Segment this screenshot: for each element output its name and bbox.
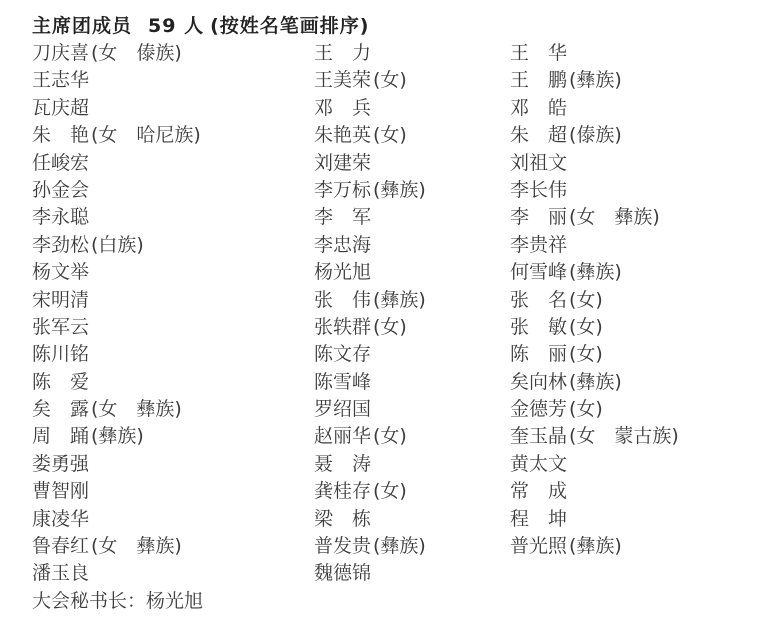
member-name: 黄太文 <box>510 451 567 478</box>
member-entry: 王志华 <box>32 67 314 94</box>
member-entry: 鲁春红(女 彝族) <box>32 533 314 560</box>
member-name: 矣 露 <box>32 396 89 423</box>
member-entry: 魏德锦 <box>314 560 510 587</box>
member-entry: 矣向林(彝族) <box>510 369 750 396</box>
member-entry: 常 成 <box>510 478 750 505</box>
member-name: 鲁春红 <box>32 533 89 560</box>
member-entry: 刘祖文 <box>510 150 750 177</box>
member-name: 罗绍国 <box>314 396 371 423</box>
member-name: 朱 艳 <box>32 122 89 149</box>
member-name: 陈川铭 <box>32 341 89 368</box>
member-annotation: (女) <box>373 122 407 149</box>
member-name: 程 坤 <box>510 506 567 533</box>
member-entry: 康凌华 <box>32 506 314 533</box>
member-name: 宋明清 <box>32 287 89 314</box>
member-annotation: (女) <box>569 341 603 368</box>
member-annotation: (彝族) <box>373 287 426 314</box>
member-entry: 朱 超(傣族) <box>510 122 750 149</box>
member-name: 李劲松 <box>32 232 89 259</box>
member-entry: 奎玉晶(女 蒙古族) <box>510 423 750 450</box>
member-entry: 刘建荣 <box>314 150 510 177</box>
member-name: 王 鹏 <box>510 67 567 94</box>
member-name: 张 名 <box>510 287 567 314</box>
member-entry: 陈雪峰 <box>314 369 510 396</box>
member-entry: 陈文存 <box>314 341 510 368</box>
member-entry: 王 鹏(彝族) <box>510 67 750 94</box>
member-name: 刘祖文 <box>510 150 567 177</box>
member-entry <box>510 560 750 587</box>
member-entry: 矣 露(女 彝族) <box>32 396 314 423</box>
member-entry: 李 丽(女 彝族) <box>510 204 750 231</box>
secretary-general-label: 大会秘书长： <box>32 590 146 612</box>
member-entry: 杨文举 <box>32 259 314 286</box>
member-entry: 朱 艳(女 哈尼族) <box>32 122 314 149</box>
member-entry: 李贵祥 <box>510 232 750 259</box>
member-annotation: (女) <box>373 423 407 450</box>
member-annotation: (女 蒙古族) <box>569 423 679 450</box>
member-name: 李 军 <box>314 204 371 231</box>
member-entry: 李长伟 <box>510 177 750 204</box>
member-name: 张 敏 <box>510 314 567 341</box>
sort-note: (按姓名笔画排序) <box>210 15 369 37</box>
member-annotation: (女 傣族) <box>91 40 182 67</box>
member-name: 娄勇强 <box>32 451 89 478</box>
member-annotation: (女) <box>373 314 407 341</box>
member-entry: 梁 栋 <box>314 506 510 533</box>
member-name: 陈 爱 <box>32 369 89 396</box>
member-name: 王美荣 <box>314 67 371 94</box>
member-name: 陈 丽 <box>510 341 567 368</box>
heading-title: 主席团成员 <box>32 15 132 37</box>
member-annotation: (彝族) <box>569 259 622 286</box>
member-name: 张 伟 <box>314 287 371 314</box>
member-entry: 李忠海 <box>314 232 510 259</box>
member-name: 奎玉晶 <box>510 423 567 450</box>
member-name: 朱 超 <box>510 122 567 149</box>
member-name: 何雪峰 <box>510 259 567 286</box>
member-name: 张轶群 <box>314 314 371 341</box>
member-name: 聂 涛 <box>314 451 371 478</box>
member-name: 龚桂存 <box>314 478 371 505</box>
member-name: 杨文举 <box>32 259 89 286</box>
member-entry: 李万标(彝族) <box>314 177 510 204</box>
member-name: 王志华 <box>32 67 89 94</box>
member-name: 王 华 <box>510 40 567 67</box>
secretary-general-name: 杨光旭 <box>146 590 203 612</box>
member-entry: 陈 丽(女) <box>510 341 750 368</box>
member-name: 任峻宏 <box>32 150 89 177</box>
member-annotation: (女 哈尼族) <box>91 122 201 149</box>
member-entry: 瓦庆超 <box>32 95 314 122</box>
member-entry: 普发贵(彝族) <box>314 533 510 560</box>
member-entry: 龚桂存(女) <box>314 478 510 505</box>
member-annotation: (女) <box>373 478 407 505</box>
member-name: 李长伟 <box>510 177 567 204</box>
member-name: 张军云 <box>32 314 89 341</box>
member-name: 孙金会 <box>32 177 89 204</box>
member-entry: 李 军 <box>314 204 510 231</box>
member-entry: 潘玉良 <box>32 560 314 587</box>
member-grid: 刀庆喜(女 傣族)王 力王 华王志华王美荣(女)王 鹏(彝族)瓦庆超邓 兵邓 皓… <box>32 40 752 588</box>
member-entry: 陈川铭 <box>32 341 314 368</box>
member-annotation: (女 彝族) <box>91 533 182 560</box>
member-name: 普光照 <box>510 533 567 560</box>
member-annotation: (彝族) <box>373 533 426 560</box>
member-entry: 曹智刚 <box>32 478 314 505</box>
section-heading: 主席团成员59 人(按姓名笔画排序) <box>32 13 752 40</box>
member-name: 魏德锦 <box>314 560 371 587</box>
member-entry: 刀庆喜(女 傣族) <box>32 40 314 67</box>
secretary-general-line: 大会秘书长：杨光旭 <box>32 588 752 615</box>
member-annotation: (彝族) <box>569 369 622 396</box>
member-entry: 杨光旭 <box>314 259 510 286</box>
member-annotation: (傣族) <box>569 122 622 149</box>
member-entry: 何雪峰(彝族) <box>510 259 750 286</box>
member-annotation: (白族) <box>91 232 144 259</box>
member-name: 杨光旭 <box>314 259 371 286</box>
member-annotation: (彝族) <box>569 67 622 94</box>
member-annotation: (女 彝族) <box>569 204 660 231</box>
member-entry: 普光照(彝族) <box>510 533 750 560</box>
member-entry: 孙金会 <box>32 177 314 204</box>
member-name: 邓 兵 <box>314 95 371 122</box>
member-entry: 邓 兵 <box>314 95 510 122</box>
member-entry: 赵丽华(女) <box>314 423 510 450</box>
member-name: 李 丽 <box>510 204 567 231</box>
member-name: 瓦庆超 <box>32 95 89 122</box>
member-name: 梁 栋 <box>314 506 371 533</box>
member-count: 59 人 <box>148 15 204 37</box>
member-annotation: (女) <box>569 396 603 423</box>
member-entry: 罗绍国 <box>314 396 510 423</box>
member-annotation: (彝族) <box>91 423 144 450</box>
member-entry: 张 伟(彝族) <box>314 287 510 314</box>
member-entry: 邓 皓 <box>510 95 750 122</box>
member-name: 朱艳英 <box>314 122 371 149</box>
member-entry: 张轶群(女) <box>314 314 510 341</box>
member-name: 曹智刚 <box>32 478 89 505</box>
member-entry: 李劲松(白族) <box>32 232 314 259</box>
member-name: 李忠海 <box>314 232 371 259</box>
member-name: 金德芳 <box>510 396 567 423</box>
member-name: 邓 皓 <box>510 95 567 122</box>
member-name: 陈文存 <box>314 341 371 368</box>
member-entry: 王 华 <box>510 40 750 67</box>
member-entry: 朱艳英(女) <box>314 122 510 149</box>
member-annotation: (彝族) <box>569 533 622 560</box>
member-name: 潘玉良 <box>32 560 89 587</box>
member-entry: 张军云 <box>32 314 314 341</box>
member-name: 陈雪峰 <box>314 369 371 396</box>
member-list-document: 主席团成员59 人(按姓名笔画排序) 刀庆喜(女 傣族)王 力王 华王志华王美荣… <box>32 13 752 615</box>
member-annotation: (女) <box>569 314 603 341</box>
member-entry: 娄勇强 <box>32 451 314 478</box>
member-name: 刘建荣 <box>314 150 371 177</box>
member-annotation: (女) <box>373 67 407 94</box>
member-entry: 任峻宏 <box>32 150 314 177</box>
member-entry: 周 踊(彝族) <box>32 423 314 450</box>
member-name: 赵丽华 <box>314 423 371 450</box>
member-name: 李贵祥 <box>510 232 567 259</box>
member-entry: 金德芳(女) <box>510 396 750 423</box>
member-name: 李永聪 <box>32 204 89 231</box>
member-annotation: (女 彝族) <box>91 396 182 423</box>
member-name: 李万标 <box>314 177 371 204</box>
member-name: 刀庆喜 <box>32 40 89 67</box>
member-entry: 宋明清 <box>32 287 314 314</box>
member-entry: 王 力 <box>314 40 510 67</box>
member-entry: 程 坤 <box>510 506 750 533</box>
member-name: 常 成 <box>510 478 567 505</box>
member-entry: 张 名(女) <box>510 287 750 314</box>
member-entry: 李永聪 <box>32 204 314 231</box>
member-name: 矣向林 <box>510 369 567 396</box>
member-entry: 张 敏(女) <box>510 314 750 341</box>
member-annotation: (彝族) <box>373 177 426 204</box>
member-name: 康凌华 <box>32 506 89 533</box>
member-name: 普发贵 <box>314 533 371 560</box>
member-name: 王 力 <box>314 40 371 67</box>
member-name: 周 踊 <box>32 423 89 450</box>
member-entry: 陈 爱 <box>32 369 314 396</box>
member-entry: 黄太文 <box>510 451 750 478</box>
member-entry: 聂 涛 <box>314 451 510 478</box>
member-annotation: (女) <box>569 287 603 314</box>
member-entry: 王美荣(女) <box>314 67 510 94</box>
